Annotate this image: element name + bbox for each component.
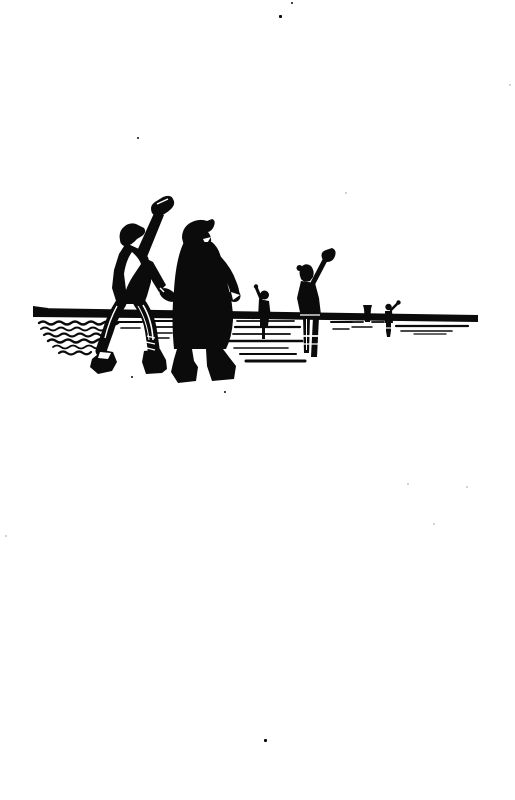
beach-illustration (0, 0, 515, 800)
ink-speck (131, 376, 133, 378)
sea-horizon-band (33, 306, 478, 322)
water-lines-middle (230, 321, 352, 361)
ink-speck (279, 15, 282, 18)
water-lines-right (340, 322, 468, 334)
illustration-page (0, 0, 515, 800)
faint-speck (466, 486, 468, 488)
ink-speck (137, 137, 139, 139)
faint-speck (345, 192, 347, 194)
faint-speck (5, 535, 7, 537)
figure-greatcoat-man (171, 219, 241, 383)
faint-speck (433, 523, 435, 525)
figure-waving-man (90, 196, 179, 374)
faint-speck (509, 84, 511, 86)
faint-speck (407, 483, 409, 485)
ink-speck (224, 391, 226, 393)
ink-speck (291, 2, 293, 4)
ink-speck (264, 739, 267, 742)
